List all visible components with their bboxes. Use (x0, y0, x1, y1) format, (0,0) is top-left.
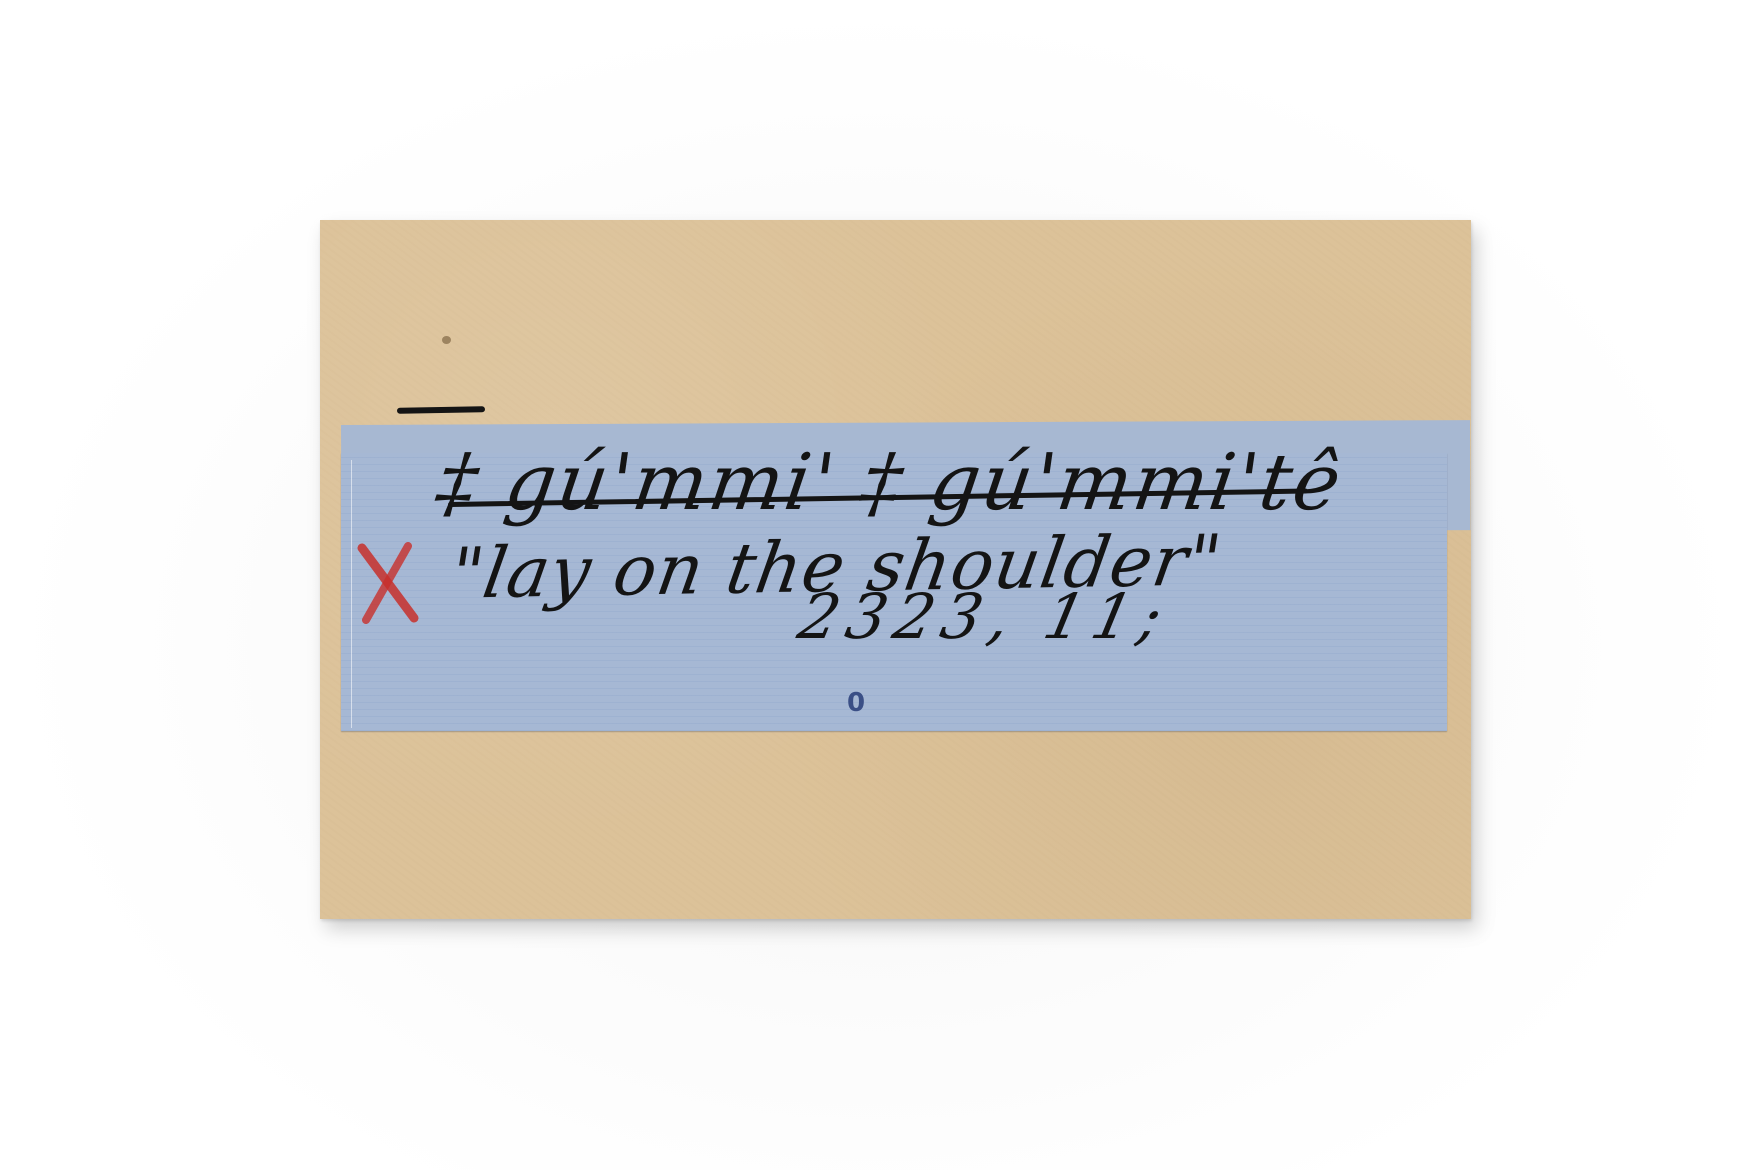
reference-line: 2323, 11; (792, 580, 1177, 653)
slip-card: ‡ gú'mmi' ‡ gú'mmi'tê "lay on the should… (320, 220, 1471, 919)
blue-pencil-mark: 0 (847, 688, 865, 718)
backdrop: ‡ gú'mmi' ‡ gú'mmi'tê "lay on the should… (0, 0, 1755, 1170)
headword-line: ‡ gú'mmi' ‡ gú'mmi'tê (432, 438, 1348, 528)
strip-fold-line (351, 460, 352, 728)
red-x-mark-icon (356, 540, 420, 626)
stain-spot (442, 336, 451, 344)
top-dash-mark (397, 406, 485, 414)
